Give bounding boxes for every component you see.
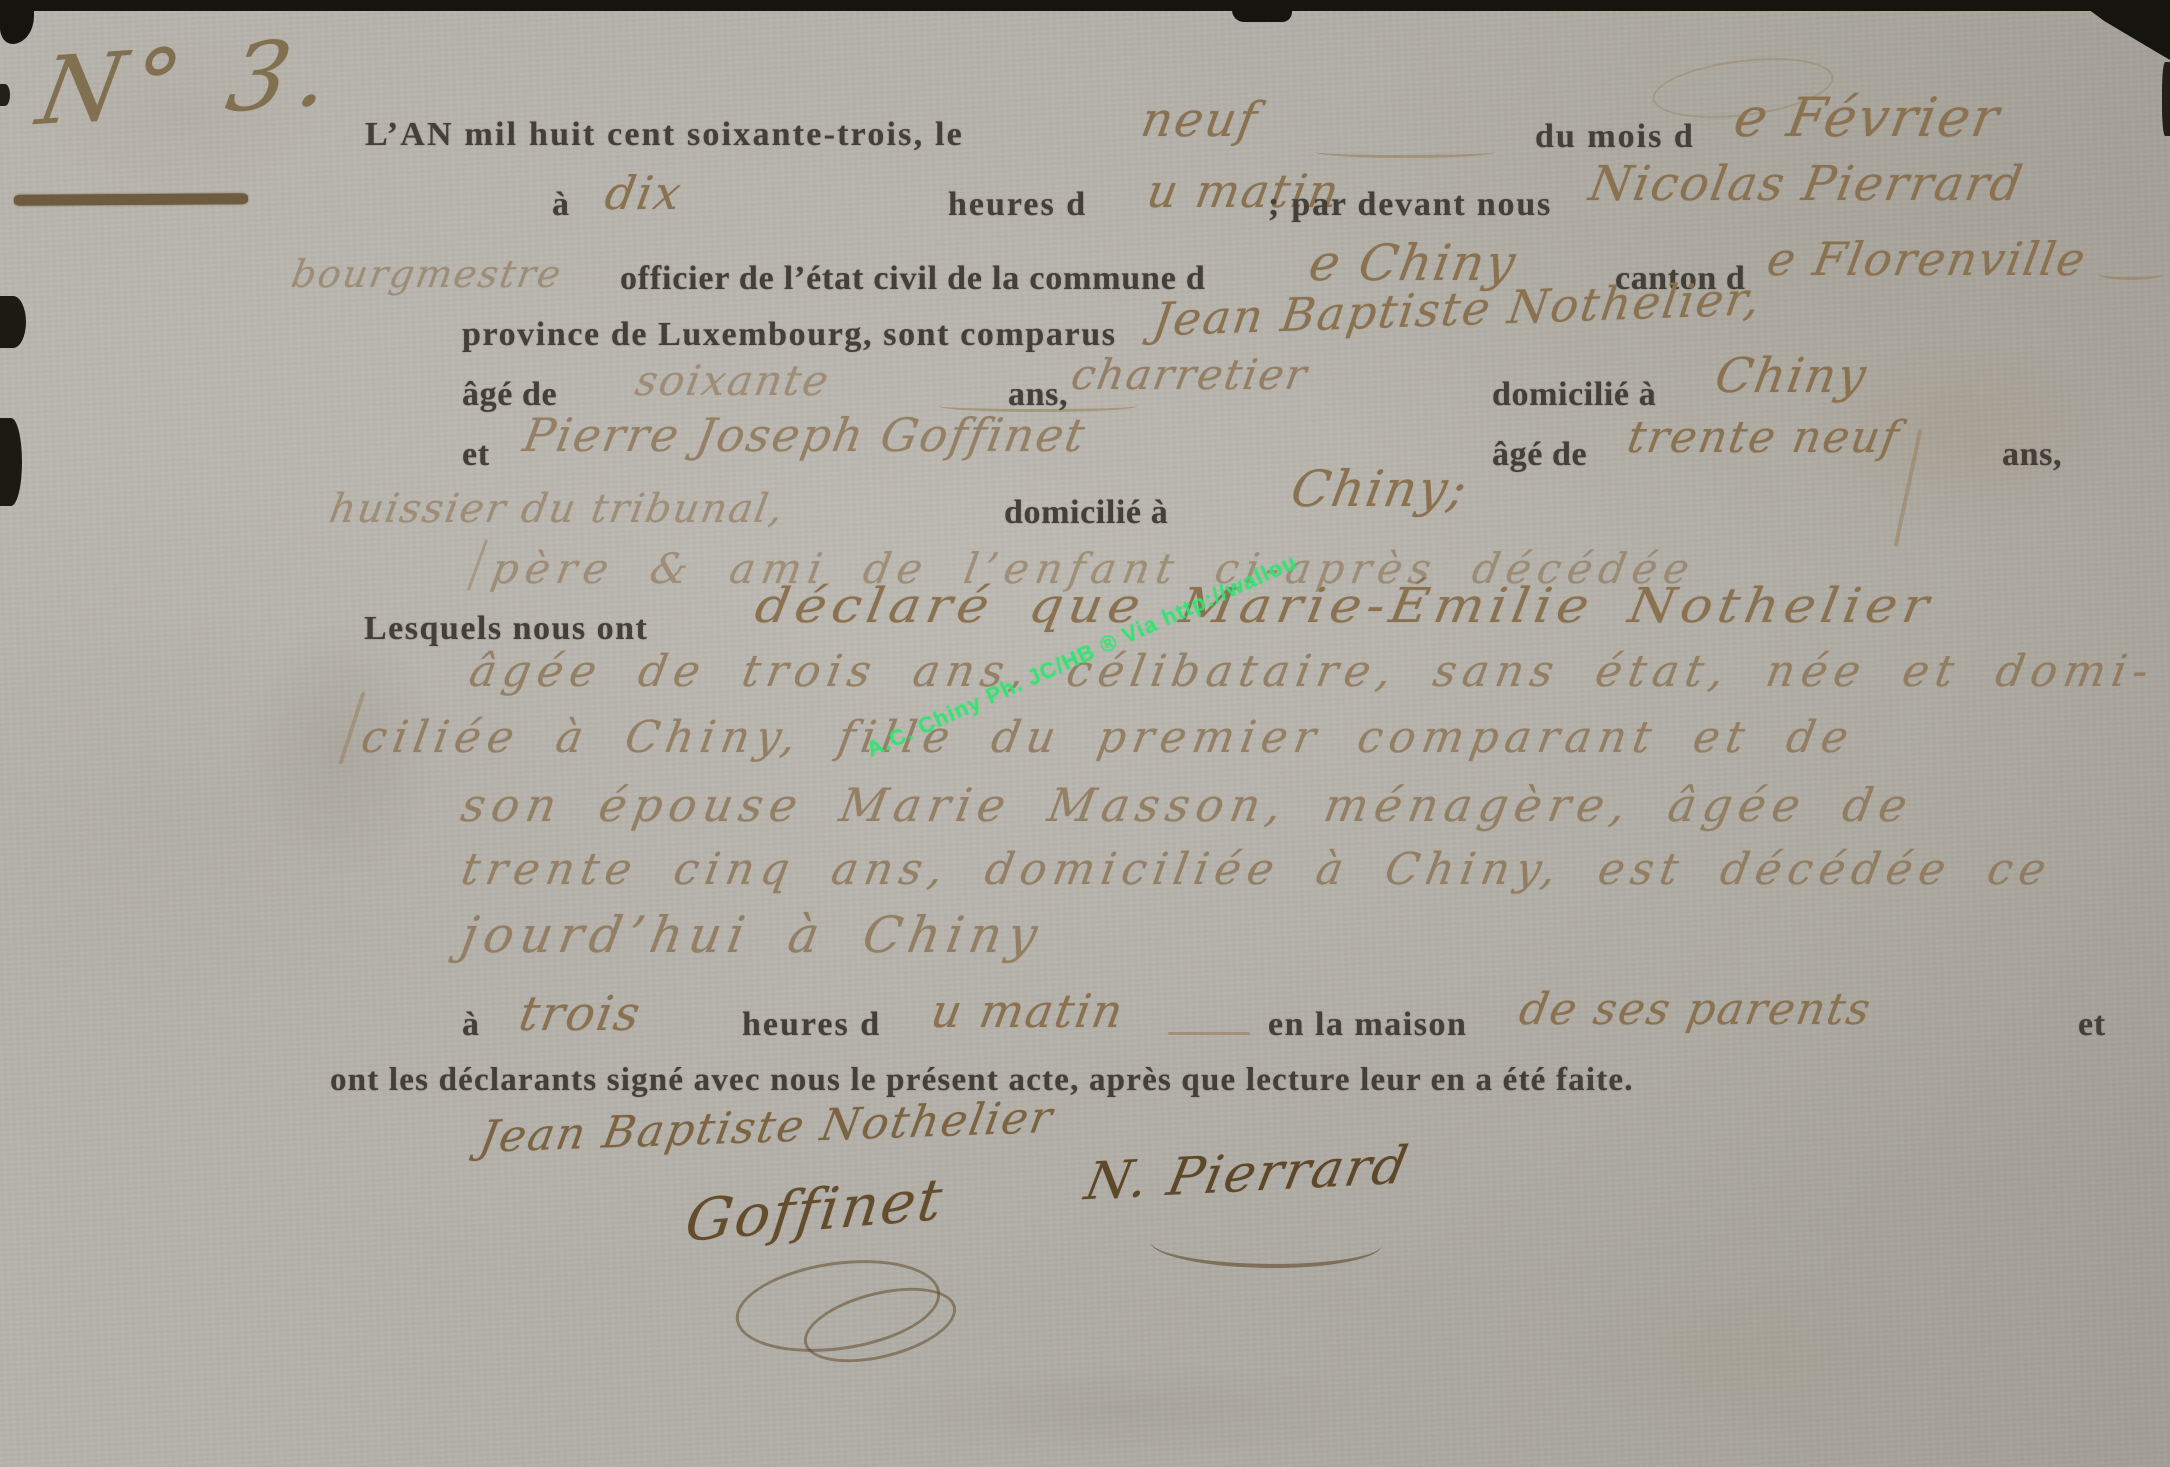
hand-age2: trente neuf — [1624, 412, 1905, 463]
photo-edge-mark — [0, 84, 10, 106]
paper-stain — [1550, 1270, 1950, 1440]
death-record-page: N° 3. L’AN mil huit cent soixante-trois,… — [0, 0, 2170, 1467]
print-en-la-maison: en la maison — [1268, 1006, 1467, 1044]
hand-declaration-line4: son épouse Marie Masson, ménagère, âgée … — [457, 778, 1918, 832]
hand-declaration-line3: ciliée à Chiny, fille du premier compara… — [358, 712, 1859, 763]
pen-dash — [1168, 1032, 1250, 1035]
print-a-1: à — [552, 186, 570, 224]
hand-bourgmestre: bourgmestre — [288, 252, 566, 296]
print-lesquels: Lesquels nous ont — [364, 610, 648, 648]
photo-edge-corner-right — [2076, 0, 2170, 60]
print-et-2: et — [2078, 1006, 2106, 1044]
hand-hour: dix — [601, 166, 687, 220]
signature-declarant1: Jean Baptiste Nothelier — [476, 1092, 1058, 1163]
print-month-label: du mois d — [1535, 118, 1695, 156]
print-a-2: à — [462, 1006, 480, 1044]
hand-day: neuf — [1137, 92, 1263, 148]
print-province-comparus: province de Luxembourg, sont comparus — [462, 316, 1117, 354]
photo-edge-mark — [0, 296, 26, 348]
hand-declaration-line5: trente cinq ans, domiciliée à Chiny, est… — [458, 844, 2057, 895]
signature-officer: N. Pierrard — [1080, 1136, 1414, 1213]
hand-declaration-line2: âgée de trois ans, célibataire, sans éta… — [466, 646, 2159, 697]
hand-declaration-name: déclaré que Marie-Émilie Nothelier — [751, 578, 1938, 634]
hand-matin-2: u matin — [927, 984, 1129, 1038]
print-domicilie-2: domicilié à — [1004, 494, 1168, 532]
act-number-underline — [14, 193, 248, 206]
hand-canton-name: e Florenville — [1763, 232, 2091, 286]
signature-underline-flourish — [1150, 1218, 1382, 1268]
hand-death-hour: trois — [515, 986, 646, 1042]
print-devant-nous: ; par devant nous — [1268, 186, 1552, 224]
print-domicilie-1: domicilié à — [1492, 376, 1656, 414]
hand-domicile1: Chiny — [1711, 348, 1872, 404]
act-number: N° 3. — [30, 18, 348, 147]
print-ans-2: ans, — [2002, 436, 2062, 474]
hand-age1: soixante — [632, 356, 834, 405]
hand-declaration-line6: jourd’hui à Chiny — [457, 906, 1048, 964]
photo-edge-mark — [0, 418, 22, 506]
photo-edge-top — [0, 0, 2170, 11]
paper-stain — [860, 1360, 1380, 1460]
hand-officer-name: Nicolas Pierrard — [1585, 156, 2028, 212]
pen-lead-stroke — [467, 539, 488, 591]
photo-edge-corner-left — [0, 0, 34, 44]
hand-declarant2-name: Pierre Joseph Goffinet — [519, 408, 1090, 462]
print-closing-line: ont les déclarants signé avec nous le pr… — [330, 1062, 1634, 1099]
pen-flourish — [2098, 268, 2164, 280]
print-age-de-2: âgé de — [1492, 436, 1587, 474]
hand-declarant1-name: Jean Baptiste Nothelier, — [1150, 271, 1766, 346]
signature-declarant2: Goffinet — [682, 1165, 948, 1255]
print-heures-1: heures d — [948, 186, 1087, 224]
print-heures-2: heures d — [742, 1006, 881, 1044]
hand-profession2: huissier du tribunal, — [326, 486, 788, 532]
photo-edge-bump — [1232, 0, 1292, 22]
hand-maison-de: de ses parents — [1516, 984, 1876, 1035]
print-year-line: L’AN mil huit cent soixante-trois, le — [365, 116, 964, 154]
print-et-1: et — [462, 436, 490, 474]
photo-edge-mark — [2162, 62, 2170, 136]
hand-profession1: charretier — [1068, 350, 1313, 399]
pen-flourish — [1315, 146, 1495, 158]
print-officier-etat-civil: officier de l’état civil de la commune d — [620, 260, 1206, 298]
